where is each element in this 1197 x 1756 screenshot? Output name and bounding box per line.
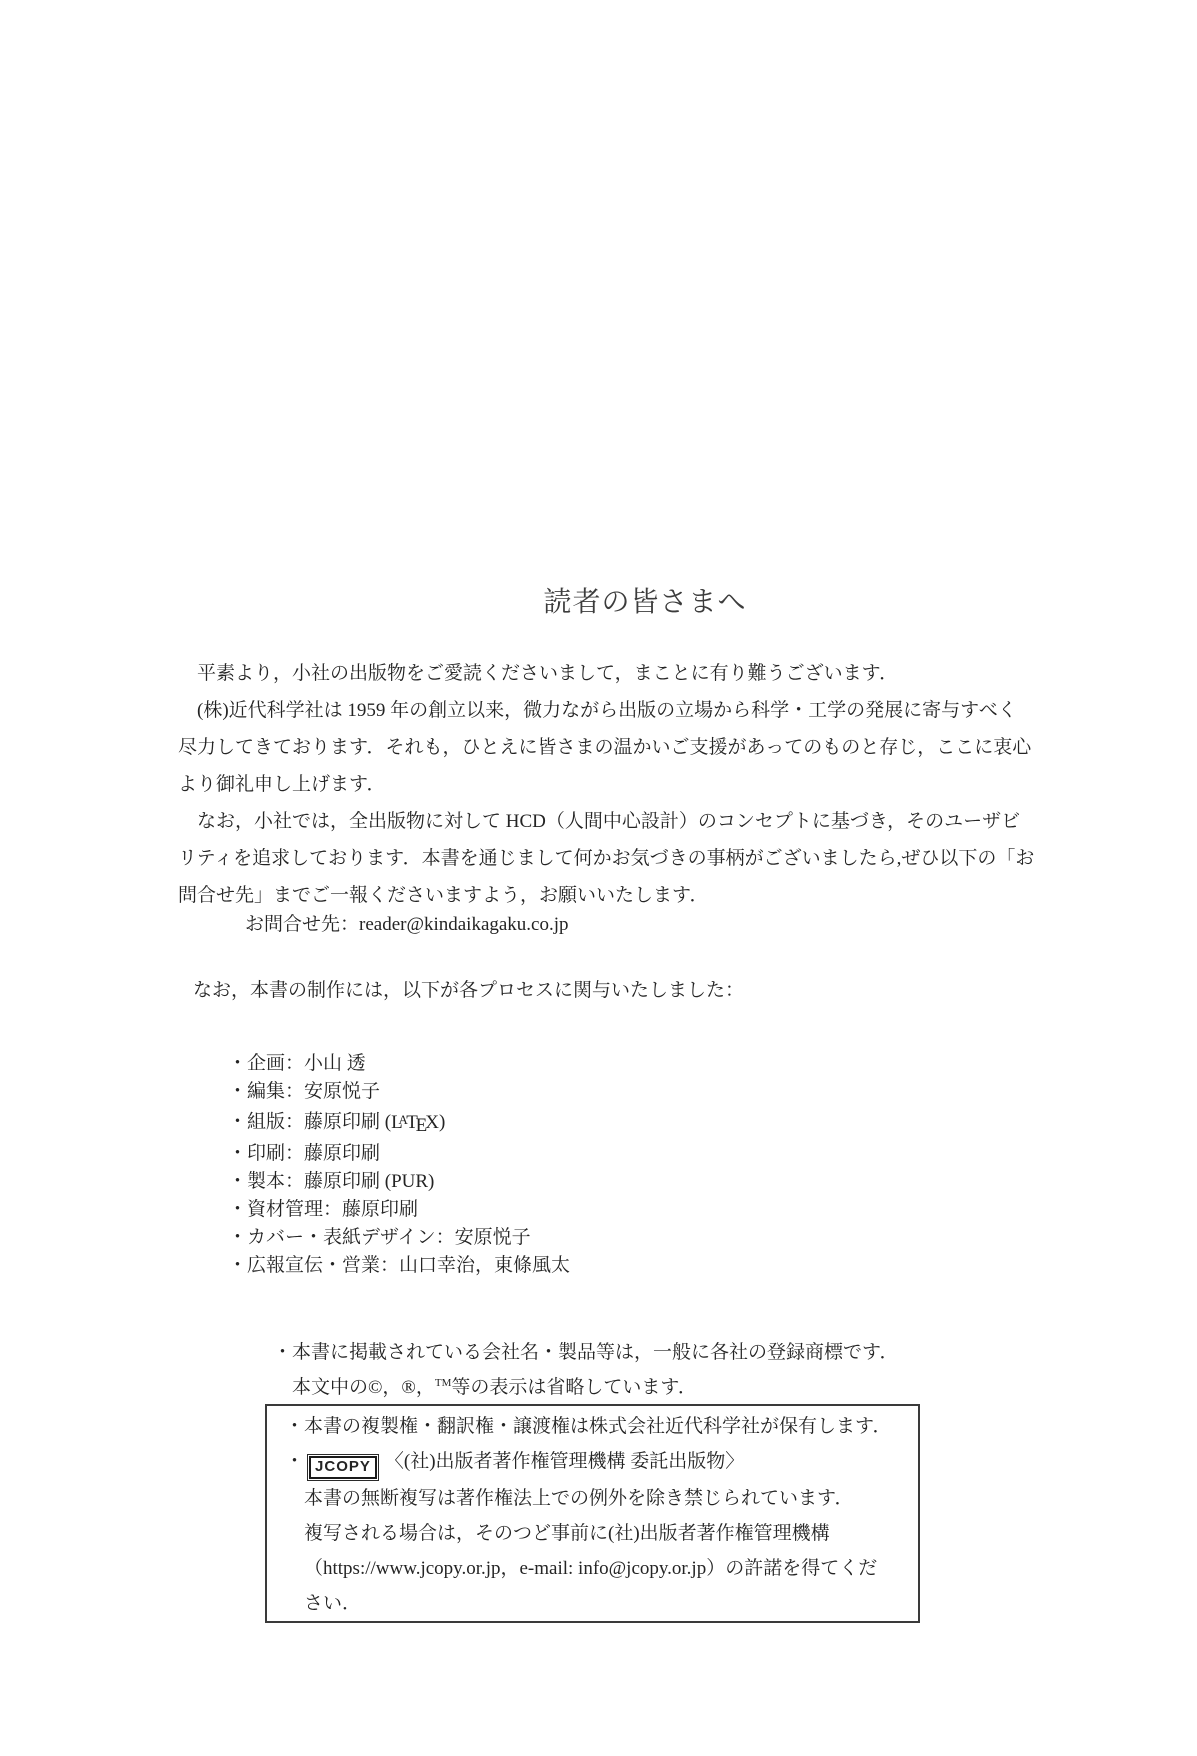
trademark-note-line2-after: 等の表示は省略しています． (451, 1377, 696, 1398)
latex-x: X (425, 1112, 439, 1133)
credit-item-typesetting: ・組版：藤原印刷 (LATEX) (228, 1106, 570, 1140)
contact-email-line: お問合せ先：reader@kindaikagaku.co.jp (245, 906, 569, 943)
greeting-line: リティを追求しております．本書を通じまして何かお気づきの事柄がございましたら,ぜ… (178, 840, 1038, 877)
copyright-line-permission1: 複写される場合は，そのつど事前に(社)出版者著作権管理機構 (285, 1516, 900, 1551)
credit-typesetting-suffix: ) (439, 1112, 445, 1133)
trademark-note-line2: 本文中の©，®，TM等の表示は省略しています． (273, 1368, 898, 1403)
page-title: 読者の皆さまへ (345, 580, 945, 620)
credit-item-sales: ・広報宣伝・営業：山口幸治，東條風太 (228, 1252, 570, 1280)
production-intro: なお，本書の制作には，以下が各プロセスに関与いたしました： (193, 976, 744, 1006)
latex-logo: LATEX (391, 1112, 439, 1133)
copyright-line-permission3: さい． (285, 1586, 900, 1621)
trademark-note-line2-before: 本文中の©，®， (292, 1377, 435, 1398)
tm-superscript: TM (435, 1377, 452, 1389)
jcopy-logo-text: JCOPY (309, 1456, 377, 1479)
credit-typesetting-prefix: ・組版：藤原印刷 ( (228, 1112, 391, 1133)
greeting-line: 平素より，小社の出版物をご愛読くださいまして，まことに有り難うございます． (178, 655, 1038, 692)
credit-item-editing: ・編集：安原悦子 (228, 1078, 570, 1106)
trademark-note-line1: ・本書に掲載されている会社名・製品等は，一般に各社の登録商標です． (273, 1337, 898, 1368)
greeting-line: より御礼申し上げます． (178, 766, 1038, 803)
jcopy-bullet: ・ (285, 1451, 304, 1472)
credit-item-materials: ・資材管理：藤原印刷 (228, 1196, 570, 1224)
colophon-page: 読者の皆さまへ 平素より，小社の出版物をご愛読くださいまして，まことに有り難うご… (0, 0, 1197, 1756)
copyright-line-prohibition: 本書の無断複写は著作権法上での例外を除き禁じられています． (285, 1481, 900, 1516)
greeting-paragraphs: 平素より，小社の出版物をご愛読くださいまして，まことに有り難うございます． (株… (178, 655, 1038, 914)
production-credits-list: ・企画：小山 透 ・編集：安原悦子 ・組版：藤原印刷 (LATEX) ・印刷：藤… (228, 1050, 570, 1280)
copyright-line-rights: ・本書の複製権・翻訳権・譲渡権は株式会社近代科学社が保有します． (285, 1409, 900, 1444)
copyright-line-jcopy: ・JCOPY〈(社)出版者著作権管理機構 委託出版物〉 (285, 1444, 900, 1481)
copyright-box: ・本書の複製権・翻訳権・譲渡権は株式会社近代科学社が保有します． ・JCOPY〈… (265, 1404, 920, 1623)
greeting-line: 尽力してきております．それも，ひとえに皆さまの温かいご支援があってのものと存じ，… (178, 729, 1038, 766)
credit-item-printing: ・印刷：藤原印刷 (228, 1140, 570, 1168)
jcopy-logo: JCOPY (307, 1454, 379, 1481)
copyright-line-permission2: （https://www.jcopy.or.jp，e-mail: info@jc… (285, 1551, 900, 1586)
trademark-note: ・本書に掲載されている会社名・製品等は，一般に各社の登録商標です． 本文中の©，… (273, 1337, 898, 1403)
credit-item-cover-design: ・カバー・表紙デザイン：安原悦子 (228, 1224, 570, 1252)
greeting-line: なお，小社では，全出版物に対して HCD（人間中心設計）のコンセプトに基づき，そ… (178, 803, 1038, 840)
greeting-line: (株)近代科学社は 1959 年の創立以来，微力ながら出版の立場から科学・工学の… (178, 692, 1038, 729)
jcopy-org-text: 〈(社)出版者著作権管理機構 委託出版物〉 (385, 1451, 744, 1472)
credit-item-planning: ・企画：小山 透 (228, 1050, 570, 1078)
credit-item-binding: ・製本：藤原印刷 (PUR) (228, 1168, 570, 1196)
